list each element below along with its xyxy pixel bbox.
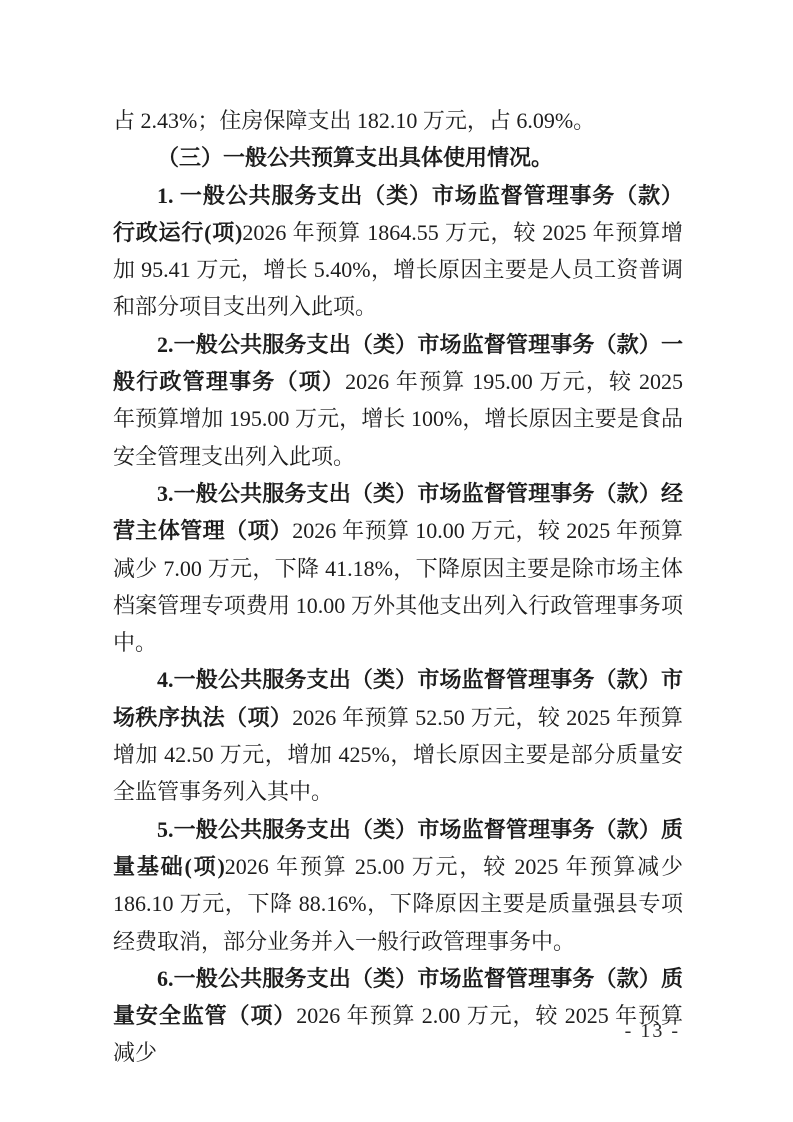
document-page: 占 2.43%；住房保障支出 182.10 万元，占 6.09%。 （三）一般公… [0,0,793,1122]
continuation-line-text: 占 2.43%；住房保障支出 182.10 万元，占 6.09%。 [113,108,595,133]
section-heading-text: （三）一般公共预算支出具体使用情况。 [157,145,553,170]
continuation-line: 占 2.43%；住房保障支出 182.10 万元，占 6.09%。 [113,102,683,139]
budget-paragraph-4: 4.一般公共服务支出（类）市场监督管理事务（款）市场秩序执法（项）2026 年预… [113,661,683,810]
page-number: - 13 - [625,1020,680,1043]
budget-paragraph-1: 1. 一般公共服务支出（类）市场监督管理事务（款）行政运行(项)2026 年预算… [113,177,683,326]
document-text-block: 占 2.43%；住房保障支出 182.10 万元，占 6.09%。 （三）一般公… [113,102,683,1072]
section-heading: （三）一般公共预算支出具体使用情况。 [113,139,683,176]
budget-paragraph-3: 3.一般公共服务支出（类）市场监督管理事务（款）经营主体管理（项）2026 年预… [113,475,683,661]
budget-paragraph-6: 6.一般公共服务支出（类）市场监督管理事务（款）质量安全监管（项）2026 年预… [113,960,683,1072]
budget-paragraph-5: 5.一般公共服务支出（类）市场监督管理事务（款）质量基础(项)2026 年预算 … [113,811,683,960]
budget-paragraph-2: 2.一般公共服务支出（类）市场监督管理事务（款）一般行政管理事务（项）2026 … [113,326,683,475]
